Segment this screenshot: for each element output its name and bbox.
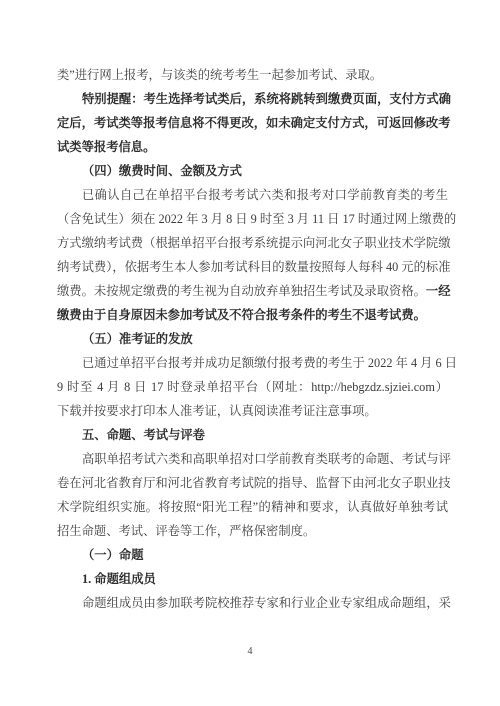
document-text-block: 类”进行网上报考，与该类的统考考生一起参加考试、录取。 特别提醒：考生选择考试类… bbox=[57, 63, 448, 615]
para-payment-line-5-normal: 缴费。未按规定缴费的考生视为自动放弃单独招生考试及录取资格。 bbox=[57, 284, 426, 298]
special-reminder-line-1: 特别提醒：考生选择考试类后，系统将跳转到缴费页面，支付方式确 bbox=[57, 87, 448, 111]
para-ticket-line-1: 已通过单招平台报考并成功足额缴付报考费的考生于 2022 年 4 月 6 日 bbox=[57, 351, 448, 375]
special-reminder-line-2: 定后，考试类等报考信息将不得更改，如未确定支付方式，可返回修改考 bbox=[57, 111, 448, 135]
para-payment-line-4: 纳考试费），依据考生本人参加考试科目的数量按照每人每科 40 元的标准 bbox=[57, 255, 448, 279]
para-ticket-line-2-url: 9 时至 4 月 8 日 17 时登录单招平台（网址：http://hebgzd… bbox=[57, 375, 448, 399]
para-proposition-line-3: 术学院组织实施。将按照“阳光工程”的精神和要求，认真做好单独考试 bbox=[57, 495, 448, 519]
para-proposition-line-1: 高职单招考试六类和高职单招对口学前教育类联考的命题、考试与评 bbox=[57, 447, 448, 471]
heading-5-proposition-exam-marking: 五、命题、考试与评卷 bbox=[57, 423, 448, 447]
para-payment-line-3: 方式缴纳考试费（根据单招平台报考系统提示向河北女子职业技术学院缴 bbox=[57, 231, 448, 255]
para-payment-line-1: 已确认自己在单招平台报考考试六类和报考对口学前教育类的考生 bbox=[57, 183, 448, 207]
heading-proposition-team-members: 1. 命题组成员 bbox=[57, 567, 448, 591]
para-proposition-line-4: 招生命题、考试、评卷等工作，严格保密制度。 bbox=[57, 519, 448, 543]
heading-section-5-admission-ticket: （五）准考证的发放 bbox=[57, 327, 448, 351]
para-ticket-line-3: 下载并按要求打印本人准考证，认真阅读准考证注意事项。 bbox=[57, 399, 448, 423]
no-refund-bold-line: 缴费由于自身原因未参加考试及不符合报考条件的考生不退考试费。 bbox=[57, 303, 448, 327]
document-page: 类”进行网上报考，与该类的统考考生一起参加考试、录取。 特别提醒：考生选择考试类… bbox=[0, 0, 500, 706]
para-online-registration-tail: 类”进行网上报考，与该类的统考考生一起参加考试、录取。 bbox=[57, 63, 448, 87]
special-reminder-line-3: 试类等报考信息。 bbox=[57, 135, 448, 159]
no-refund-bold-lead: 一经 bbox=[426, 284, 451, 298]
para-proposition-line-2: 卷在河北省教育厅和河北省教育考试院的指导、监督下由河北女子职业技 bbox=[57, 471, 448, 495]
para-payment-line-5: 缴费。未按规定缴费的考生视为自动放弃单独招生考试及录取资格。一经 bbox=[57, 279, 448, 303]
page-number: 4 bbox=[0, 645, 500, 659]
heading-sub-1-proposition: （一）命题 bbox=[57, 543, 448, 567]
para-team-members-line-1: 命题组成员由参加联考院校推荐专家和行业企业专家组成命题组，采 bbox=[57, 591, 448, 615]
heading-section-4-payment: （四）缴费时间、金额及方式 bbox=[57, 159, 448, 183]
para-payment-line-2: （含免试生）须在 2022 年 3 月 8 日 9 时至 3 月 11 日 17… bbox=[57, 207, 448, 231]
